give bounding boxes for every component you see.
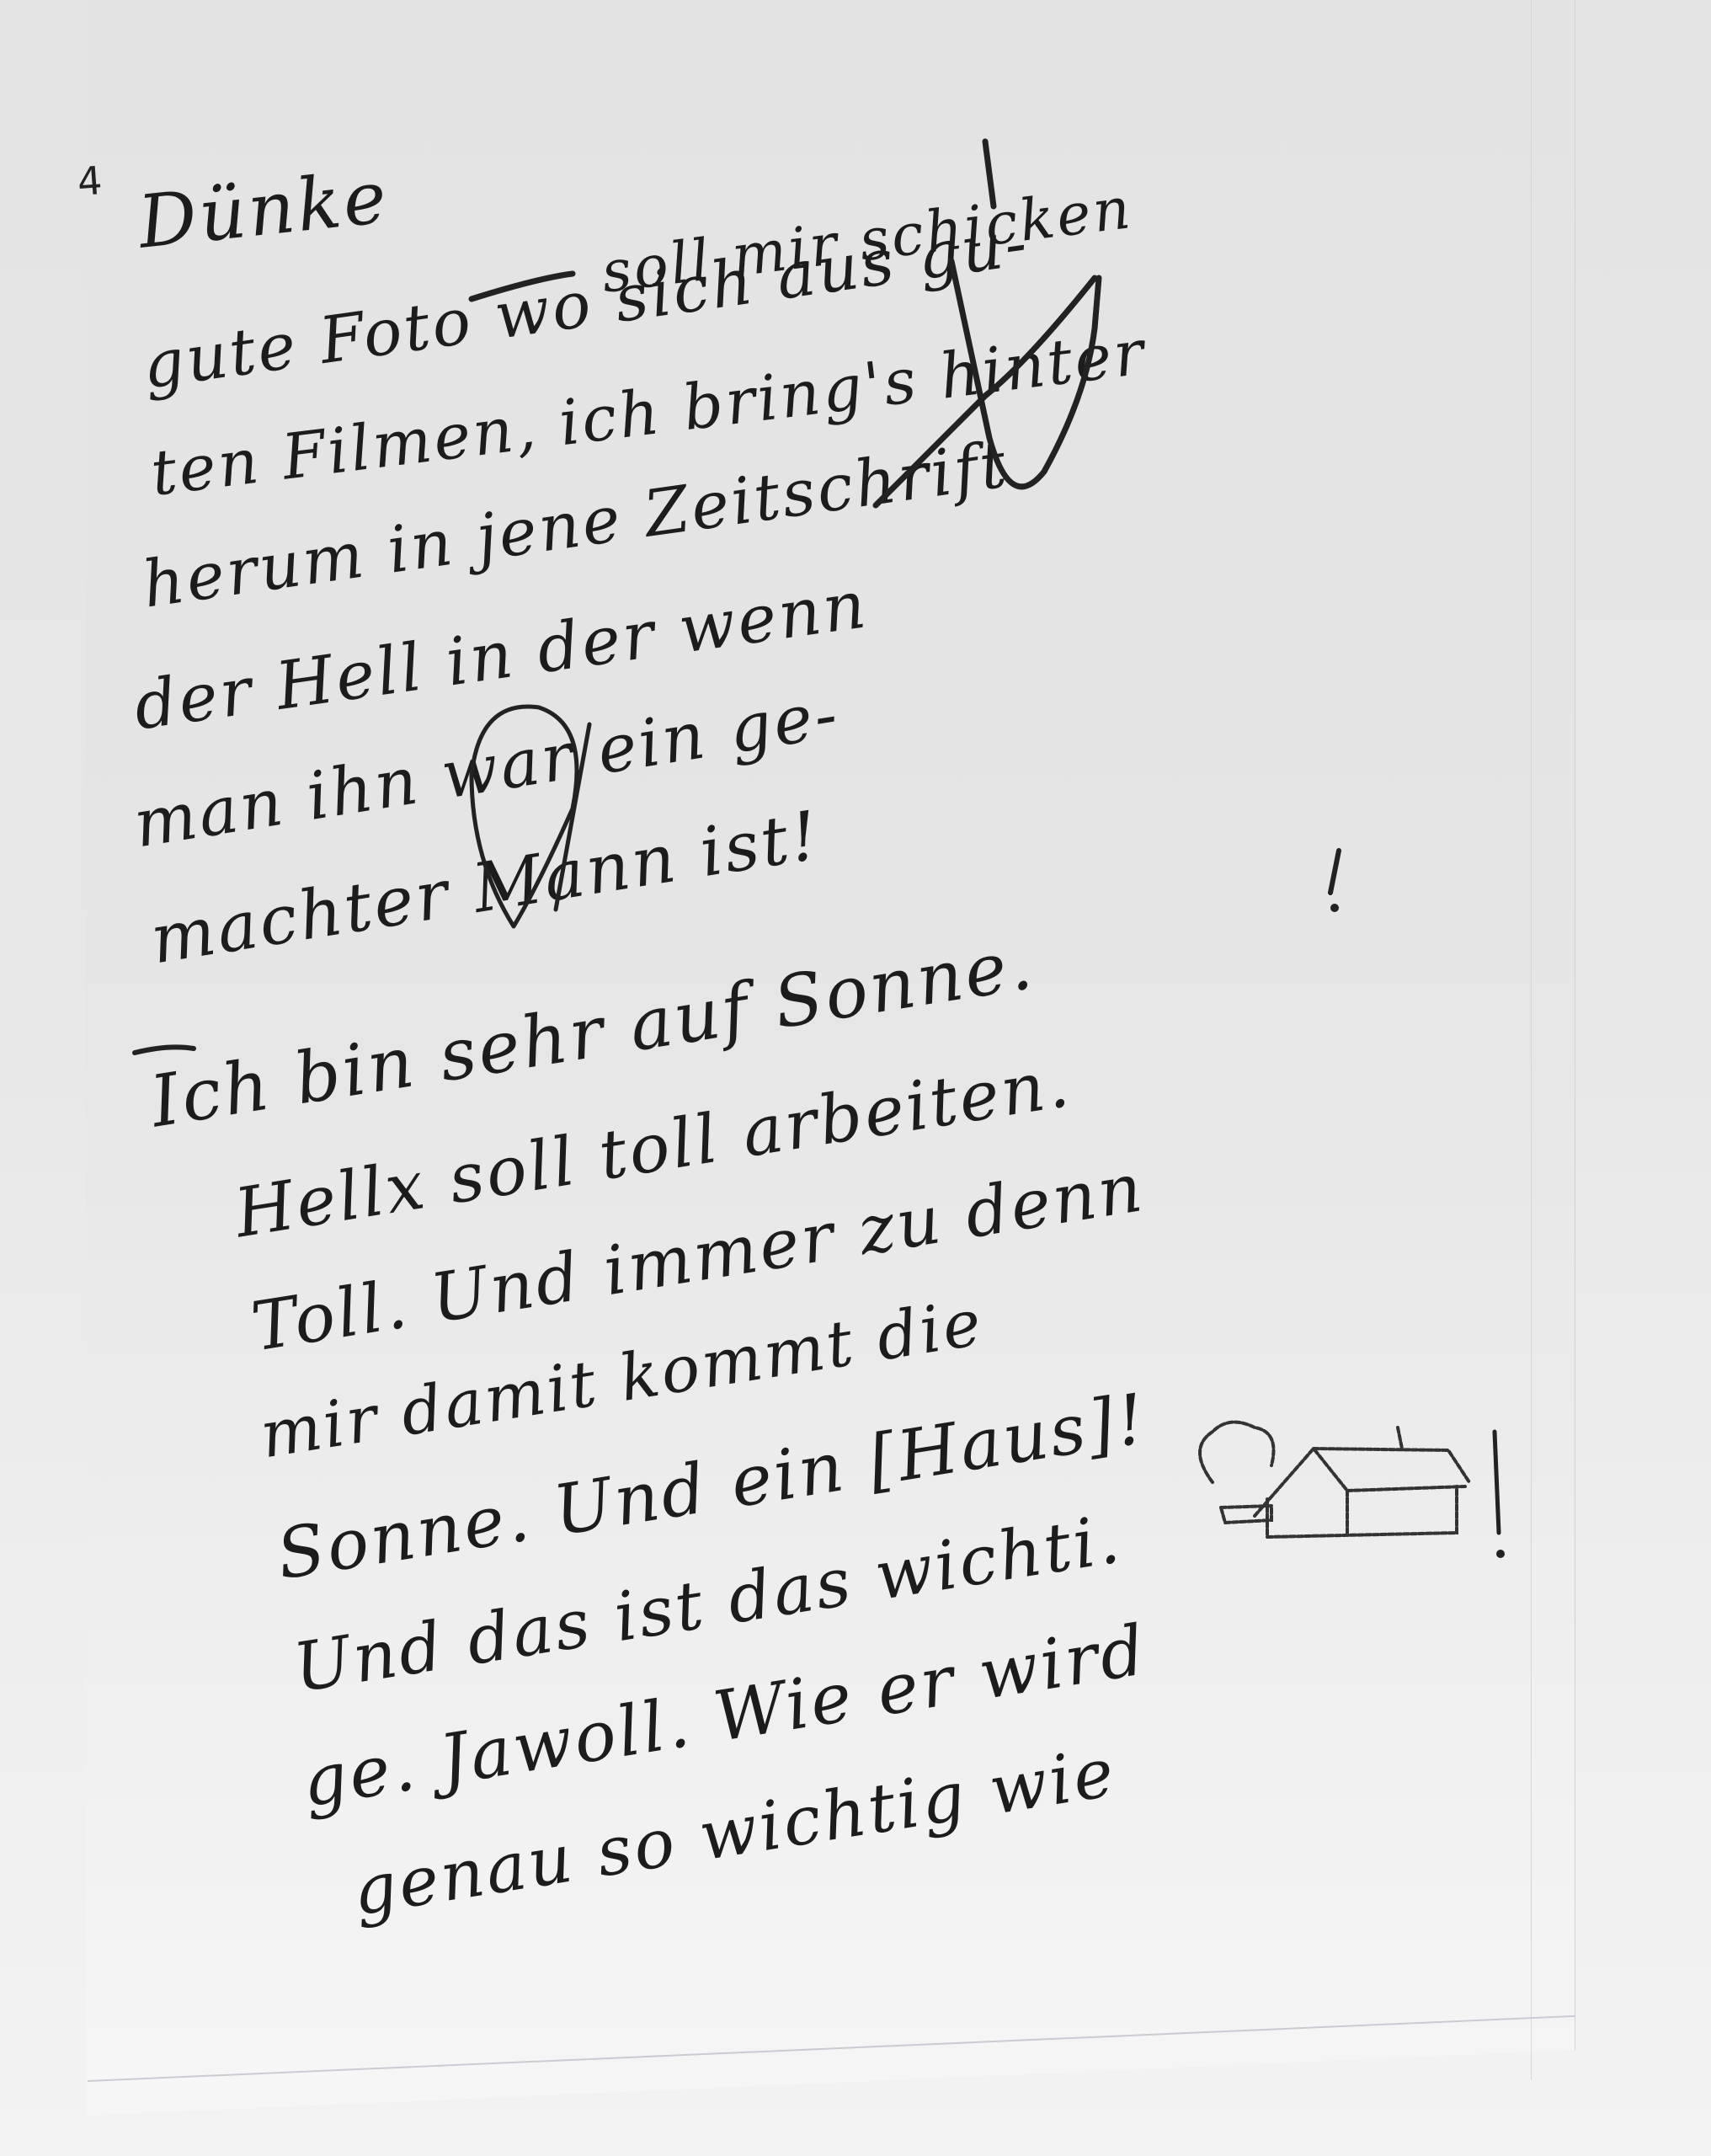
page-number: 4 — [76, 157, 104, 205]
house-sketch-icon — [1179, 1381, 1499, 1550]
page-edge-right — [1531, 0, 1532, 2080]
tree-icon — [1200, 1422, 1274, 1482]
chimney-icon — [1398, 1428, 1402, 1449]
